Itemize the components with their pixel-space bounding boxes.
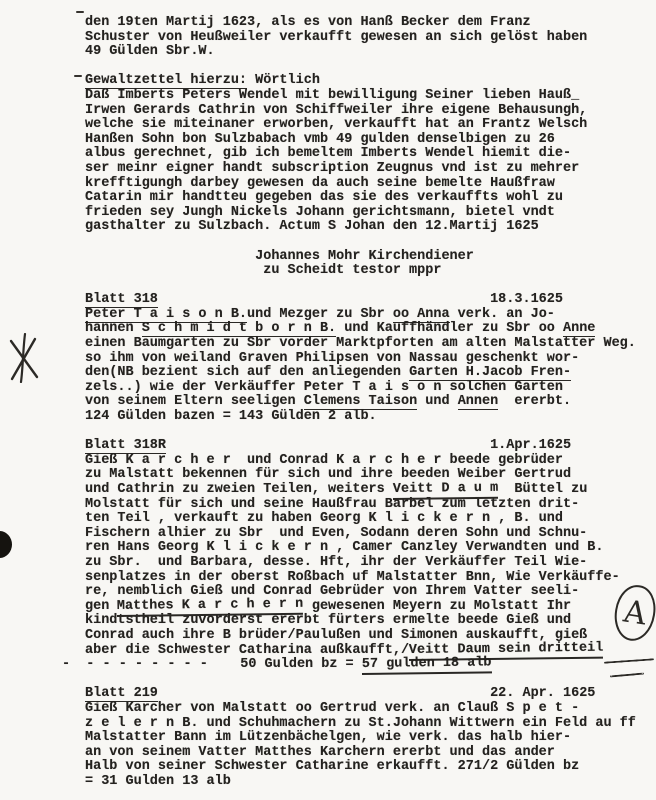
text-line: = 31 Gulden 13 alb bbox=[85, 775, 636, 790]
signature-block: Johannes Mohr Kirchendiener zu Scheidt t… bbox=[85, 250, 636, 279]
text-line: Fischern alhier zu Sbr und Even, Sodann … bbox=[85, 527, 636, 542]
blatt-318-entry: Blatt 318 18.3.1625Peter T a i s o n B.u… bbox=[85, 293, 636, 424]
text-line: kindtstheil zuvorderst ererbt fürters er… bbox=[85, 614, 636, 629]
text-line: Blatt 318R 1.Apr.1625 bbox=[85, 439, 636, 454]
text-line: albus gerechnet, gib ich bemeltem Imbert… bbox=[85, 147, 636, 162]
text-line: Daß Imberts Peters Wendel mit bewilligun… bbox=[85, 89, 636, 104]
text-line: ten Teil , verkauft zu haben Georg K l i… bbox=[85, 512, 636, 527]
text-line: zels..) wie der Verkäuffer Peter T a i s… bbox=[85, 381, 636, 396]
text-line: so ihm von weiland Graven Philipsen von … bbox=[85, 352, 636, 367]
margin-tick-top bbox=[76, 11, 84, 13]
text-line: ren Hans Georg K l i c k e r n , Camer C… bbox=[85, 541, 636, 556]
text-line: Schuster von Heußweiler verkaufft gewese… bbox=[85, 31, 636, 46]
text-line: welche sie miteinaner erworben, verkauff… bbox=[85, 118, 636, 133]
text-line: Gieß Karcher von Malstatt oo Gertrud ver… bbox=[85, 702, 636, 717]
text-line: Gieß K a r c h e r und Conrad K a r c h … bbox=[85, 454, 636, 469]
scanned-document-page: den 19ten Martij 1623, als es von Hanß B… bbox=[0, 0, 656, 800]
text-line: senplatzes in der oberst Roßbach uf Mals… bbox=[85, 571, 636, 586]
text-line: Gewaltzettel hierzu: Wörtlich bbox=[85, 74, 636, 89]
text-line: Peter T a i s o n B.und Mezger zu Sbr oo… bbox=[85, 308, 636, 323]
text-line: zu Sbr. und Barbara, desse. Hft, ihr der… bbox=[85, 556, 636, 571]
entry-continuation: den 19ten Martij 1623, als es von Hanß B… bbox=[85, 16, 636, 60]
text-line: z e l e r n B. und Schuhmachern zu St.Jo… bbox=[85, 717, 636, 732]
text-line: Blatt 318 18.3.1625 bbox=[85, 293, 636, 308]
text-line: von seinem Eltern seeligen Clemens Taiso… bbox=[85, 395, 636, 410]
margin-tick-mid bbox=[74, 75, 82, 77]
document-text: den 19ten Martij 1623, als es von Hanß B… bbox=[0, 0, 636, 789]
text-line: an von seinem Vatter Matthes Karchern er… bbox=[85, 746, 636, 761]
text-line: den(NB bezient sich auf den anliegenden … bbox=[85, 366, 636, 381]
text-line: einen Baumgarten zu Sbr vorder Marktpfor… bbox=[85, 337, 636, 352]
text-line: ser meinr eigner handt subscription Zeug… bbox=[85, 162, 636, 177]
circled-letter: A bbox=[622, 596, 649, 630]
text-line: - - - - - - - - - 50 Gulden bz = 57 guld… bbox=[62, 658, 636, 673]
text-line: den 19ten Martij 1623, als es von Hanß B… bbox=[85, 16, 636, 31]
text-line: gen Matthes K a r c h e r n gewesenen Me… bbox=[85, 600, 636, 615]
text-line: zu Malstatt bekennen für sich und ihre b… bbox=[85, 468, 636, 483]
text-line: Hanßen Sohn bon Sulzbabach vmb 49 gulden… bbox=[85, 133, 636, 148]
blatt-219-entry: Blatt 219 22. Apr. 1625Gieß Karcher von … bbox=[85, 687, 636, 789]
blatt-318r-entry: Blatt 318R 1.Apr.1625Gieß K a r c h e r … bbox=[85, 439, 636, 673]
text-line: zu Scheidt testor mppr bbox=[85, 264, 636, 279]
text-line: gasthalter zu Sulzbach. Actum S Johan de… bbox=[85, 220, 636, 235]
text-line: und Cathrin zu zweien Teilen, weiters Ve… bbox=[85, 483, 636, 498]
gewaltzettel-block: Gewaltzettel hierzu: WörtlichDaß Imberts… bbox=[85, 74, 636, 235]
text-line: Malstatter Bann im Lützenbächelgen, wie … bbox=[85, 731, 636, 746]
text-line: frieden sey Jungh Nickels Johann gericht… bbox=[85, 206, 636, 221]
text-line: Catarin mir handtteu gegeben das sie des… bbox=[85, 191, 636, 206]
text-line: Molstatt für sich und seine Haußfrau Bar… bbox=[85, 498, 636, 513]
text-line: krefftigungh darbey gewesen da auch sein… bbox=[85, 177, 636, 192]
text-line: Johannes Mohr Kirchendiener bbox=[85, 250, 636, 265]
text-line: aber die Schwester Catharina außkaufft,/… bbox=[85, 644, 636, 659]
text-line: Irwen Gerards Cathrin von Schiffweiler i… bbox=[85, 104, 636, 119]
text-line: 49 Gülden Sbr.W. bbox=[85, 45, 636, 60]
text-line: Halb von seiner Schwester Catharine erka… bbox=[85, 760, 636, 775]
text-line: hannen S c h m i d t b o r n B. und Kauf… bbox=[85, 322, 636, 337]
handwritten-asterisk-mark bbox=[6, 333, 42, 383]
text-line: Blatt 219 22. Apr. 1625 bbox=[85, 687, 636, 702]
text-line: 124 Gülden bazen = 143 Gülden 2 alb. bbox=[85, 410, 636, 425]
